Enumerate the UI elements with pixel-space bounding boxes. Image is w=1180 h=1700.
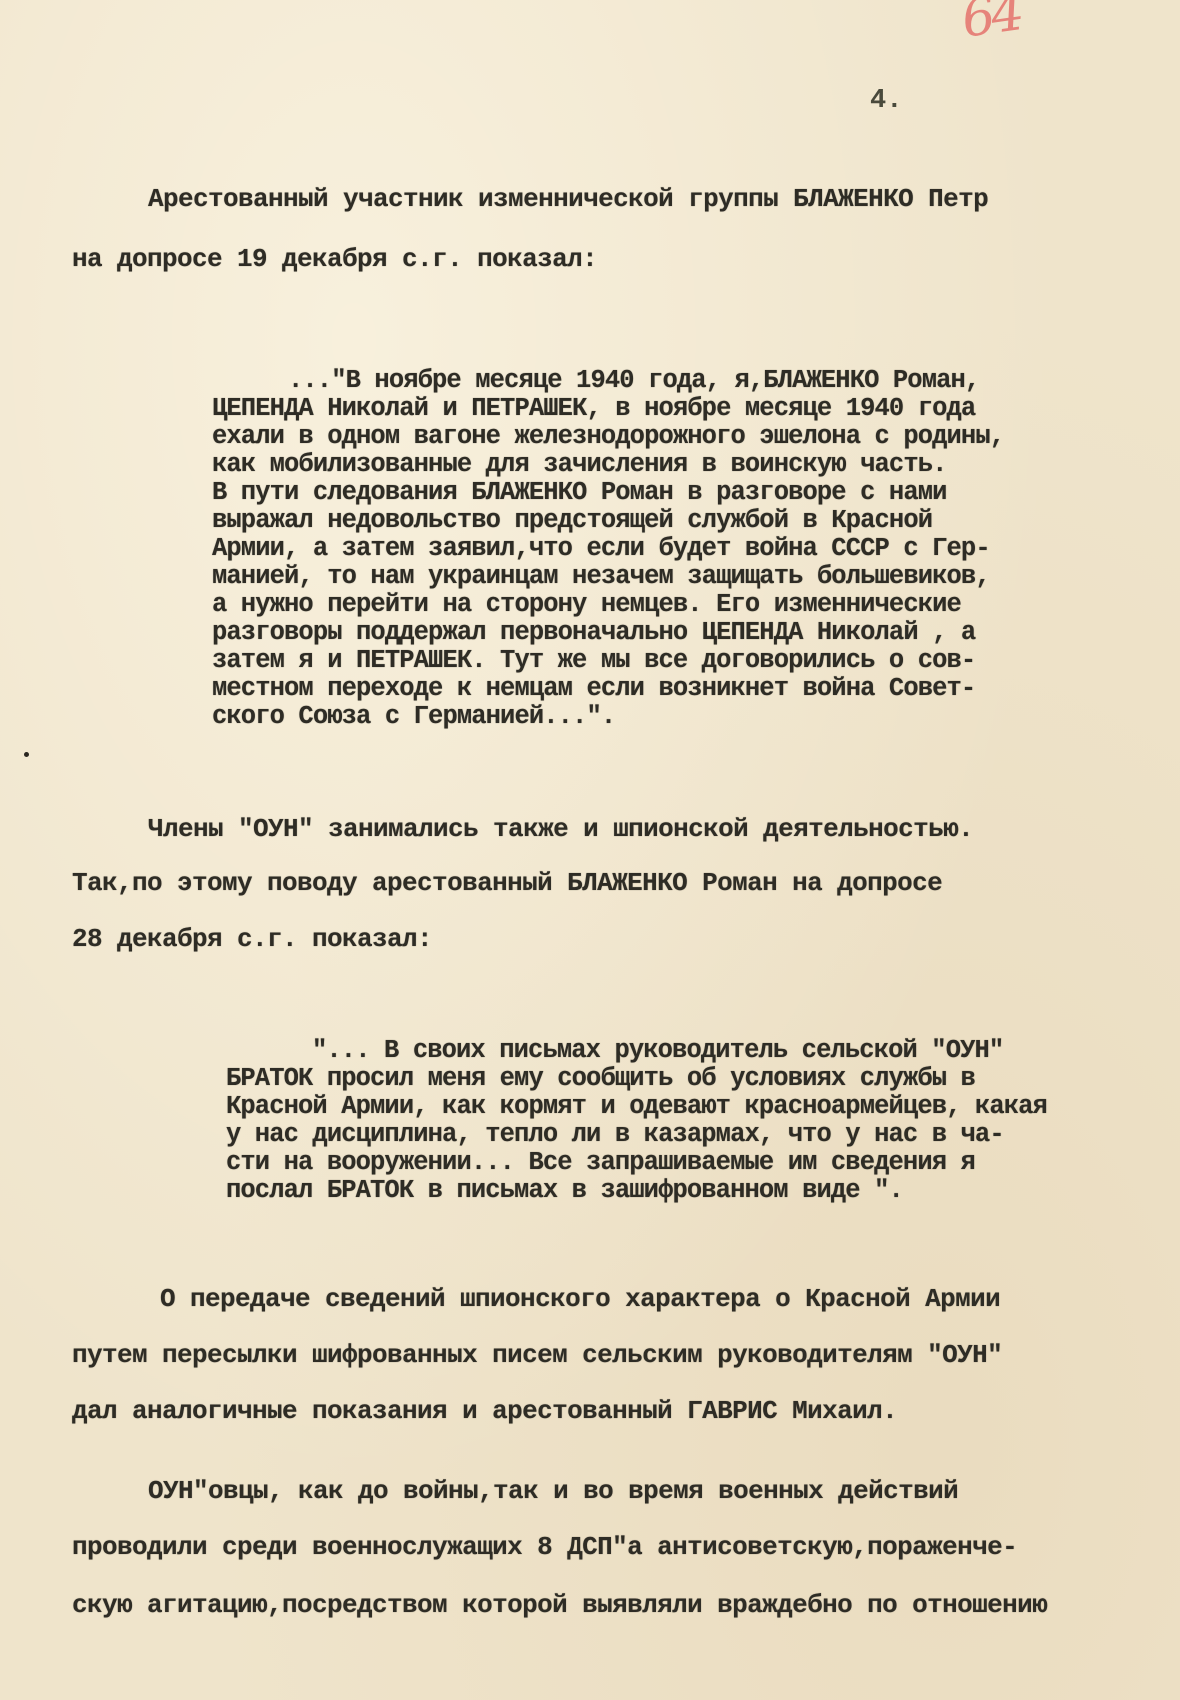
text-line: послал БРАТОК в письмах в зашифрованном … <box>226 1176 903 1205</box>
text-line: дал аналогичные показания и арестованный… <box>72 1396 897 1426</box>
document-page: 64 4. Арестованный участник изменническо… <box>0 0 1180 1700</box>
text-line: у нас дисциплина, тепло ли в казармах, ч… <box>226 1120 1004 1149</box>
text-line: скую агитацию,посредством которой выявля… <box>72 1590 1047 1620</box>
text-line: местном переходе к немцам если возникнет… <box>212 674 975 703</box>
text-line: "... В своих письмах руководитель сельск… <box>312 1036 1003 1065</box>
text-line: Армии, а затем заявил,что если будет вой… <box>212 534 990 563</box>
text-line: выражал недовольство предстоящей службой… <box>212 506 932 535</box>
archive-folio-number: 64 <box>958 0 1024 50</box>
text-line: ..."В ноябре месяце 1940 года, я,БЛАЖЕНК… <box>288 366 979 395</box>
text-line: Члены "ОУН" занимались также и шпионской… <box>148 814 973 844</box>
text-line: О передаче сведений шпионского характера… <box>160 1284 1000 1314</box>
text-line: ЦЕПЕНДА Николай и ПЕТРАШЕК, в ноябре мес… <box>212 394 975 423</box>
text-line: а нужно перейти на сторону немцев. Его и… <box>212 590 961 619</box>
text-line: 28 декабря с.г. показал: <box>72 924 432 954</box>
text-line: Красной Армии, как кормят и одевают крас… <box>226 1092 1047 1121</box>
text-line: ОУН"овцы, как до войны,так и во время во… <box>148 1476 958 1506</box>
text-line: сти на вооружении... Все запрашиваемые и… <box>226 1148 975 1177</box>
text-line: разговоры поддержал первоначально ЦЕПЕНД… <box>212 618 975 647</box>
text-line: Так,по этому поводу арестованный БЛАЖЕНК… <box>72 868 942 898</box>
text-line: проводили среди военнослужащих 8 ДСП"а а… <box>72 1532 1017 1562</box>
page-number: 4. <box>870 86 902 116</box>
text-line: как мобилизованные для зачисления в воин… <box>212 450 947 479</box>
text-line: БРАТОК просил меня ему сообщить об услов… <box>226 1064 975 1093</box>
text-line: Арестованный участник изменнической груп… <box>148 184 988 214</box>
paper-speck <box>24 752 29 757</box>
text-line: путем пересылки шифрованных писем сельск… <box>72 1340 1002 1370</box>
text-line: затем я и ПЕТРАШЕК. Тут же мы все догово… <box>212 646 975 675</box>
text-line: ехали в одном вагоне железнодорожного эш… <box>212 422 1004 451</box>
text-line: манией, то нам украинцам незачем защищат… <box>212 562 990 591</box>
text-line: на допросе 19 декабря с.г. показал: <box>72 244 597 274</box>
text-line: ского Союза с Германией...". <box>212 702 615 731</box>
text-line: В пути следования БЛАЖЕНКО Роман в разго… <box>212 478 947 507</box>
